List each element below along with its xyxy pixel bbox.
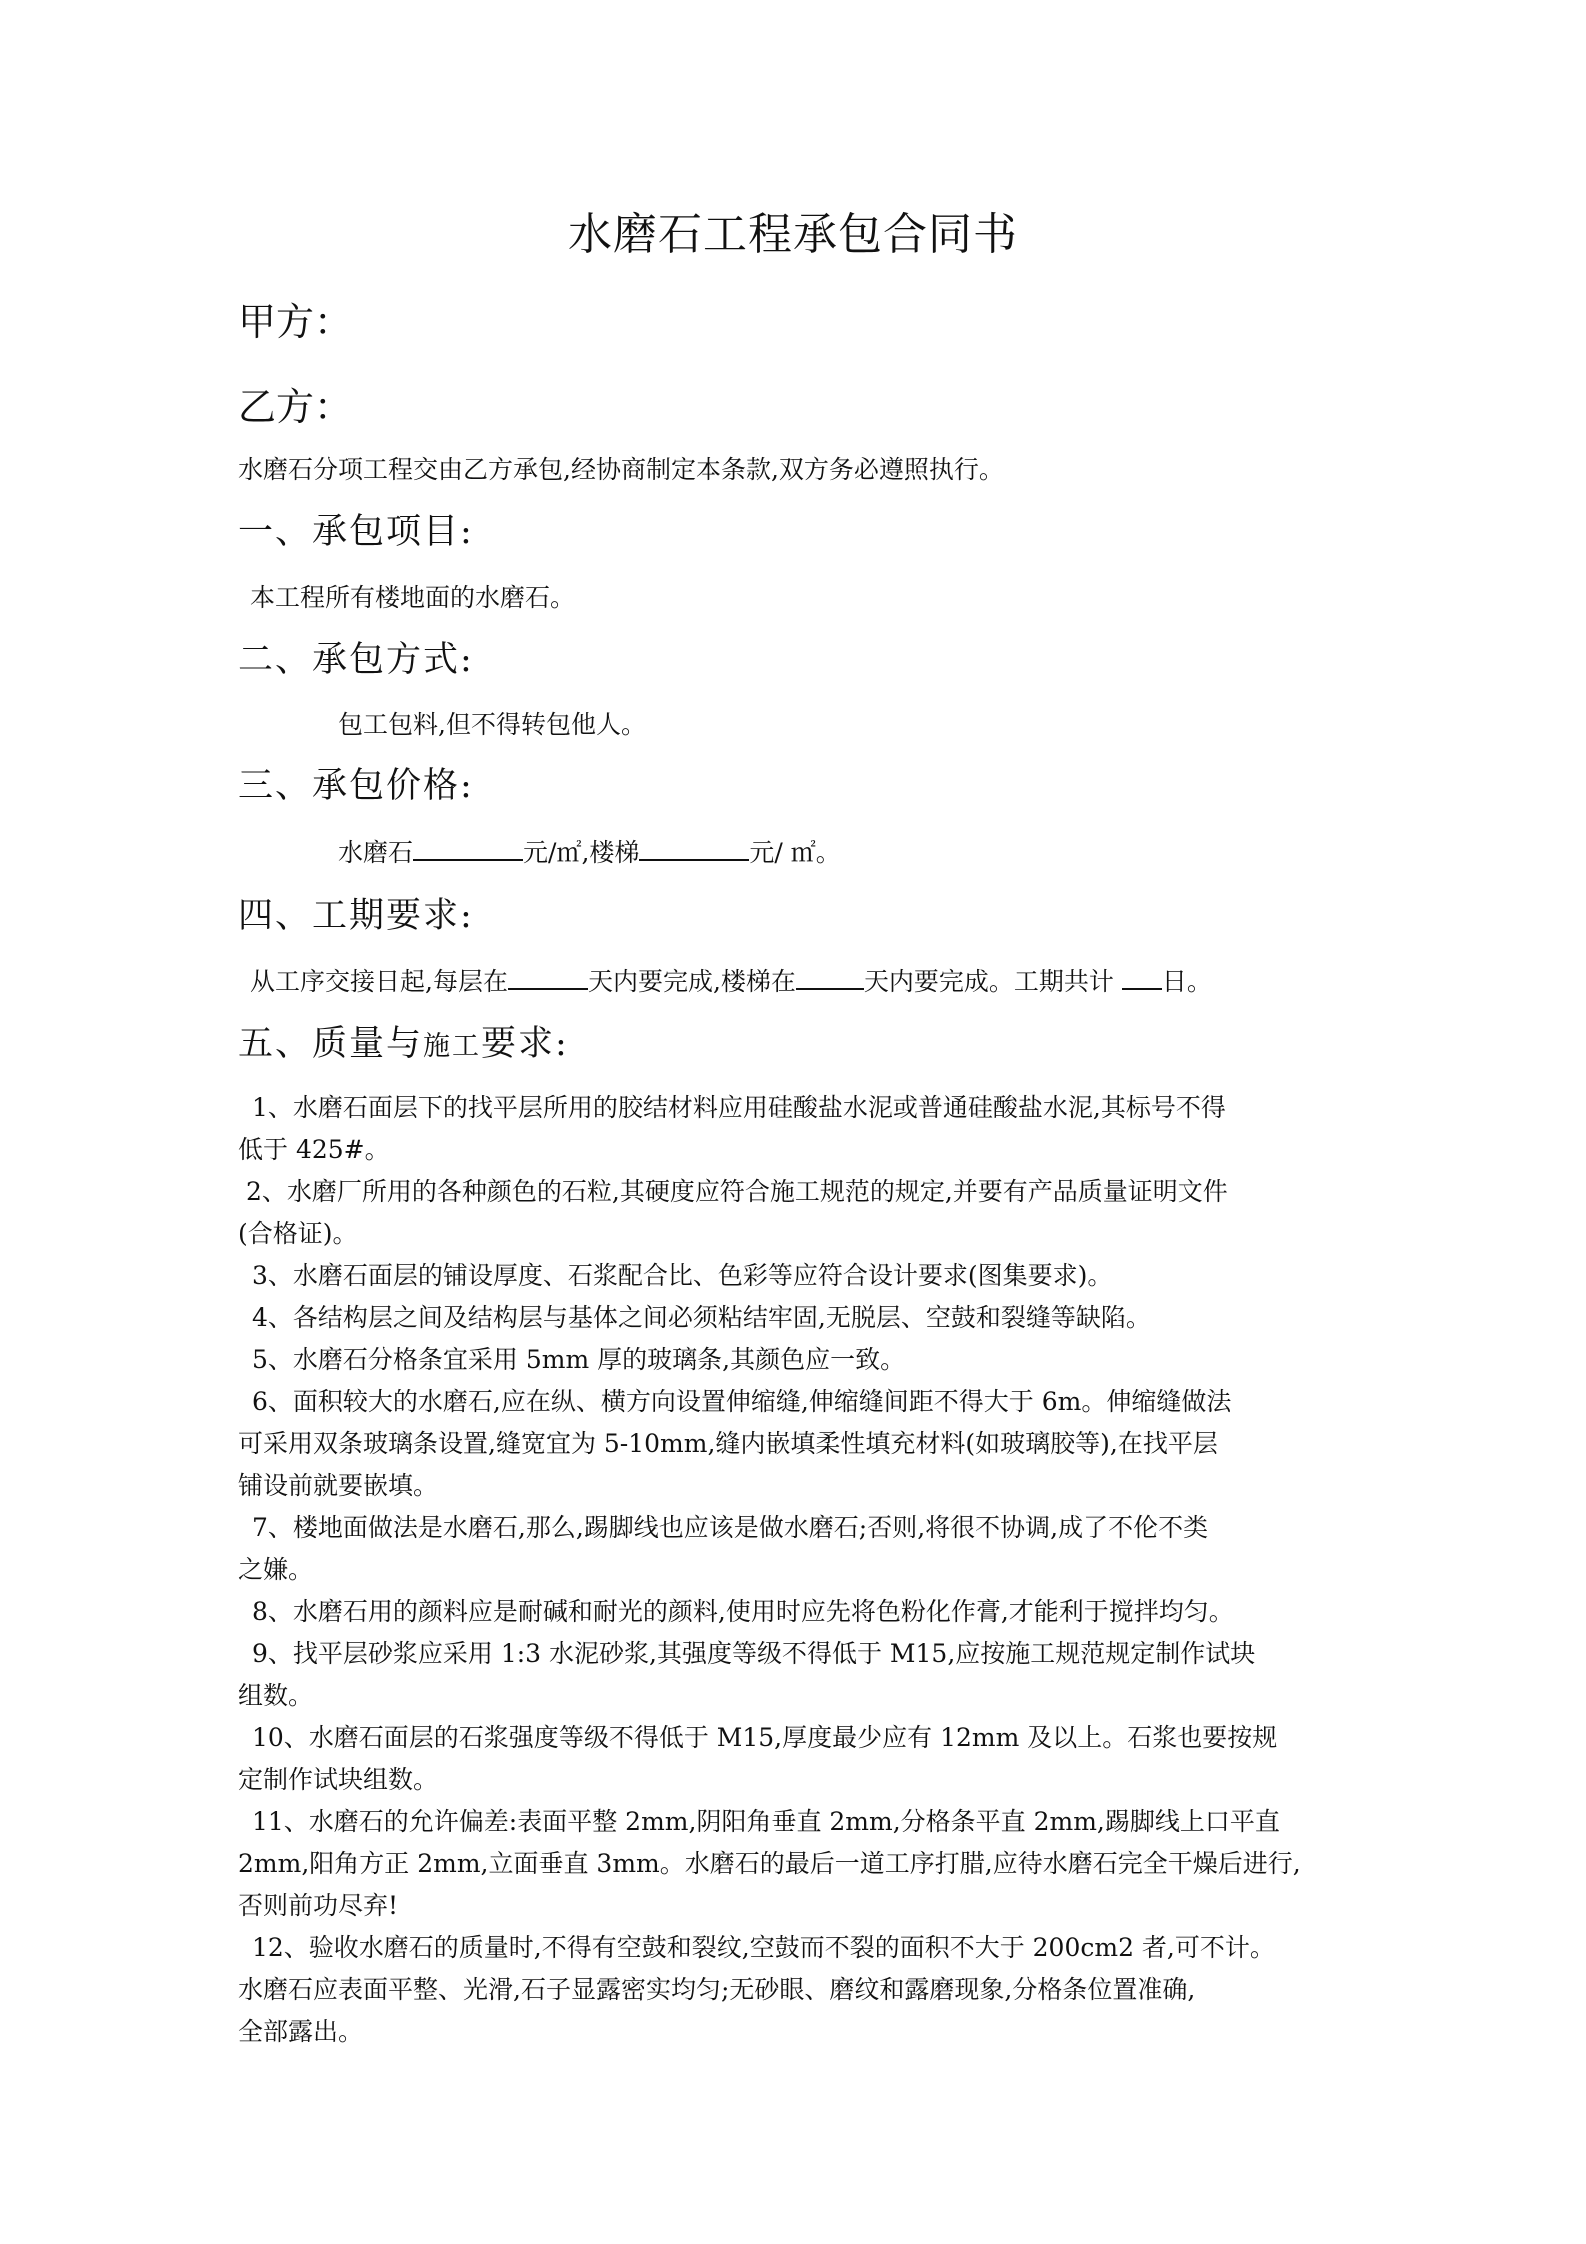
clause-line: 8、水磨石用的颜料应是耐碱和耐光的颜料,使用时应先将色粉化作膏,才能利于搅拌均匀…: [238, 1591, 1358, 1633]
schedule-text-3: 天内要完成。工期共计: [864, 967, 1114, 996]
price-line: 水磨石元/㎡,楼梯元/ ㎡。: [338, 833, 841, 873]
section-heading-schedule: 四、工期要求:: [238, 892, 474, 940]
quality-heading-end: 要求:: [481, 1024, 569, 1064]
clause-9: 9、找平层砂浆应采用 1:3 水泥砂浆,其强度等级不得低于 M15,应按施工规范…: [238, 1633, 1358, 1717]
clause-2: 2、水磨厂所用的各种颜色的石粒,其硬度应符合施工规范的规定,并要有产品质量证明文…: [238, 1171, 1358, 1255]
intro-paragraph: 水磨石分项工程交由乙方承包,经协商制定本条款,双方务必遵照执行。: [238, 450, 1004, 490]
party-a-label: 甲方：: [238, 297, 352, 347]
clause-11: 11、水磨石的允许偏差:表面平整 2mm,阴阳角垂直 2mm,分格条平直 2mm…: [238, 1801, 1358, 1927]
clause-line: 之嫌。: [238, 1549, 1358, 1591]
clause-7: 7、楼地面做法是水磨石,那么,踢脚线也应该是做水磨石;否则,将很不协调,成了不伦…: [238, 1507, 1358, 1591]
clause-6: 6、面积较大的水磨石,应在纵、横方向设置伸缩缝,伸缩缝间距不得大于 6m。伸缩缝…: [238, 1381, 1358, 1507]
quality-heading-main: 五、质量与: [238, 1024, 423, 1064]
clause-line: 7、楼地面做法是水磨石,那么,踢脚线也应该是做水磨石;否则,将很不协调,成了不伦…: [238, 1507, 1358, 1549]
clause-12: 12、验收水磨石的质量时,不得有空鼓和裂纹,空鼓而不裂的面积不大于 200cm2…: [238, 1927, 1358, 2053]
floor-days-blank[interactable]: [508, 962, 588, 990]
clause-line: 组数。: [238, 1675, 1358, 1717]
document-title: 水磨石工程承包合同书: [0, 205, 1586, 265]
clause-line: 4、各结构层之间及结构层与基体之间必须粘结牢固,无脱层、空鼓和裂缝等缺陷。: [238, 1297, 1358, 1339]
stair-days-blank[interactable]: [796, 962, 864, 990]
clause-line: (合格证)。: [238, 1213, 1358, 1255]
clause-10: 10、水磨石面层的石浆强度等级不得低于 M15,厚度最少应有 12mm 及以上。…: [238, 1717, 1358, 1801]
price-item1-unit: 元/㎡,: [523, 838, 589, 867]
clause-5: 5、水磨石分格条宜采用 5mm 厚的玻璃条,其颜色应一致。: [238, 1339, 1358, 1381]
section-heading-scope: 一、承包项目:: [238, 508, 474, 556]
price-item1-blank[interactable]: [413, 833, 523, 861]
price-item1-label: 水磨石: [338, 838, 413, 867]
clause-3: 3、水磨石面层的铺设厚度、石浆配合比、色彩等应符合设计要求(图集要求)。: [238, 1255, 1358, 1297]
document-page: 水磨石工程承包合同书 甲方： 乙方： 水磨石分项工程交由乙方承包,经协商制定本条…: [0, 0, 1586, 2244]
section-heading-price: 三、承包价格:: [238, 762, 474, 810]
clause-line: 5、水磨石分格条宜采用 5mm 厚的玻璃条,其颜色应一致。: [238, 1339, 1358, 1381]
clause-line: 2mm,阳角方正 2mm,立面垂直 3mm。水磨石的最后一道工序打腊,应待水磨石…: [238, 1843, 1358, 1885]
clause-line: 11、水磨石的允许偏差:表面平整 2mm,阴阳角垂直 2mm,分格条平直 2mm…: [238, 1801, 1358, 1843]
price-item2-unit: 元/ ㎡。: [749, 838, 840, 867]
clause-line: 3、水磨石面层的铺设厚度、石浆配合比、色彩等应符合设计要求(图集要求)。: [238, 1255, 1358, 1297]
total-days-blank[interactable]: [1122, 962, 1162, 990]
clause-line: 6、面积较大的水磨石,应在纵、横方向设置伸缩缝,伸缩缝间距不得大于 6m。伸缩缝…: [238, 1381, 1358, 1423]
schedule-line: 从工序交接日起,每层在天内要完成,楼梯在天内要完成。工期共计日。: [250, 962, 1212, 1002]
clause-line: 否则前功尽弃!: [238, 1885, 1358, 1927]
price-item2-blank[interactable]: [639, 833, 749, 861]
price-item2-label: 楼梯: [589, 838, 639, 867]
clause-1: 1、水磨石面层下的找平层所用的胶结材料应用硅酸盐水泥或普通硅酸盐水泥,其标号不得…: [238, 1087, 1358, 1171]
clause-4: 4、各结构层之间及结构层与基体之间必须粘结牢固,无脱层、空鼓和裂缝等缺陷。: [238, 1297, 1358, 1339]
clause-line: 可采用双条玻璃条设置,缝宽宜为 5-10mm,缝内嵌填柔性填充材料(如玻璃胶等)…: [238, 1423, 1358, 1465]
section-heading-quality: 五、质量与施工要求:: [238, 1020, 569, 1071]
clause-line: 9、找平层砂浆应采用 1:3 水泥砂浆,其强度等级不得低于 M15,应按施工规范…: [238, 1633, 1358, 1675]
clause-line: 低于 425#。: [238, 1129, 1358, 1171]
clause-line: 10、水磨石面层的石浆强度等级不得低于 M15,厚度最少应有 12mm 及以上。…: [238, 1717, 1358, 1759]
clause-line: 12、验收水磨石的质量时,不得有空鼓和裂纹,空鼓而不裂的面积不大于 200cm2…: [238, 1927, 1358, 1969]
clause-8: 8、水磨石用的颜料应是耐碱和耐光的颜料,使用时应先将色粉化作膏,才能利于搅拌均匀…: [238, 1591, 1358, 1633]
party-b-label: 乙方：: [238, 382, 352, 432]
schedule-text-2: 天内要完成,楼梯在: [588, 967, 796, 996]
clause-line: 全部露出。: [238, 2011, 1358, 2053]
section-body-method: 包工包料,但不得转包他人。: [338, 705, 646, 745]
schedule-text-4: 日。: [1162, 967, 1212, 996]
clause-line: 2、水磨厂所用的各种颜色的石粒,其硬度应符合施工规范的规定,并要有产品质量证明文…: [238, 1171, 1358, 1213]
section-body-scope: 本工程所有楼地面的水磨石。: [250, 578, 575, 618]
clause-line: 铺设前就要嵌填。: [238, 1465, 1358, 1507]
clause-line: 水磨石应表面平整、光滑,石子显露密实均匀;无砂眼、磨纹和露磨现象,分格条位置准确…: [238, 1969, 1358, 2011]
section-heading-method: 二、承包方式:: [238, 636, 474, 684]
schedule-text-1: 从工序交接日起,每层在: [250, 967, 508, 996]
quality-heading-small: 施工: [423, 1031, 481, 1062]
clause-line: 1、水磨石面层下的找平层所用的胶结材料应用硅酸盐水泥或普通硅酸盐水泥,其标号不得: [238, 1087, 1358, 1129]
clause-line: 定制作试块组数。: [238, 1759, 1358, 1801]
